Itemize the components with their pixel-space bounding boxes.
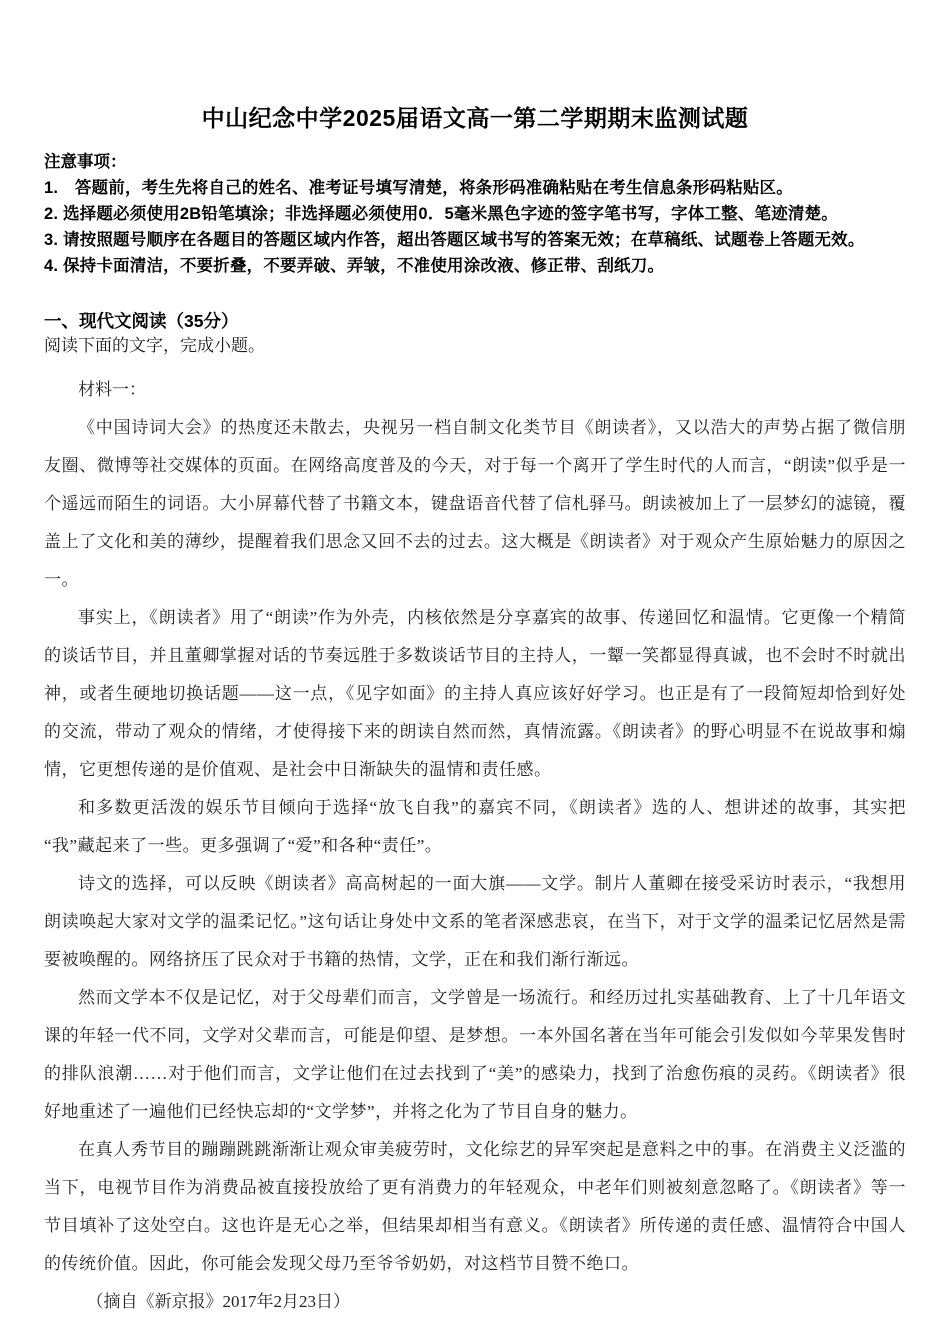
notice-item-3: 3. 请按照题号顺序在各题目的答题区域内作答，超出答题区域书写的答案无效；在草稿… <box>44 227 906 253</box>
material-paragraph-2: 事实上，《朗读者》用了“朗读”作为外壳，内核依然是分享嘉宾的故事、传递回忆和温情… <box>44 599 906 789</box>
material-paragraph-1: 《中国诗词大会》的热度还未散去，央视另一档自制文化类节目《朗读者》，又以浩大的声… <box>44 409 906 599</box>
reading-section: 一、现代文阅读（35分） 阅读下面的文字，完成小题。 材料一： 《中国诗词大会》… <box>44 309 906 1321</box>
material-paragraph-3: 和多数更活泼的娱乐节目倾向于选择“放飞自我”的嘉宾不同，《朗读者》选的人、想讲述… <box>44 789 906 865</box>
page-title: 中山纪念中学2025届语文高一第二学期期末监测试题 <box>44 104 906 132</box>
material-label: 材料一： <box>44 371 906 409</box>
notice-item-2: 2. 选择题必须使用2B铅笔填涂；非选择题必须使用0．5毫米黑色字迹的签字笔书写… <box>44 201 906 227</box>
notice-item-1: 1. 答题前，考生先将自己的姓名、准考证号填写清楚，将条形码准确粘贴在考生信息条… <box>44 175 906 201</box>
notice-heading: 注意事项： <box>44 149 906 175</box>
notice-item-4: 4. 保持卡面清洁，不要折叠，不要弄破、弄皱，不准使用涂改液、修正带、刮纸刀。 <box>44 253 906 279</box>
reading-instruction: 阅读下面的文字，完成小题。 <box>44 333 906 359</box>
notice-block: 注意事项： 1. 答题前，考生先将自己的姓名、准考证号填写清楚，将条形码准确粘贴… <box>44 149 906 279</box>
section-heading: 一、现代文阅读（35分） <box>44 309 906 333</box>
exam-paper-page: 中山纪念中学2025届语文高一第二学期期末监测试题 注意事项： 1. 答题前，考… <box>0 0 950 1344</box>
material-paragraph-6: 在真人秀节目的蹦蹦跳跳渐渐让观众审美疲劳时，文化综艺的异军突起是意料之中的事。在… <box>44 1131 906 1283</box>
material-paragraph-4: 诗文的选择，可以反映《朗读者》高高树起的一面大旗——文学。制片人董卿在接受采访时… <box>44 865 906 979</box>
material-paragraph-5: 然而文学本不仅是记忆，对于父母辈们而言，文学曾是一场流行。和经历过扎实基础教育、… <box>44 979 906 1131</box>
source-citation: （摘自《新京报》2017年2月23日） <box>44 1283 906 1321</box>
